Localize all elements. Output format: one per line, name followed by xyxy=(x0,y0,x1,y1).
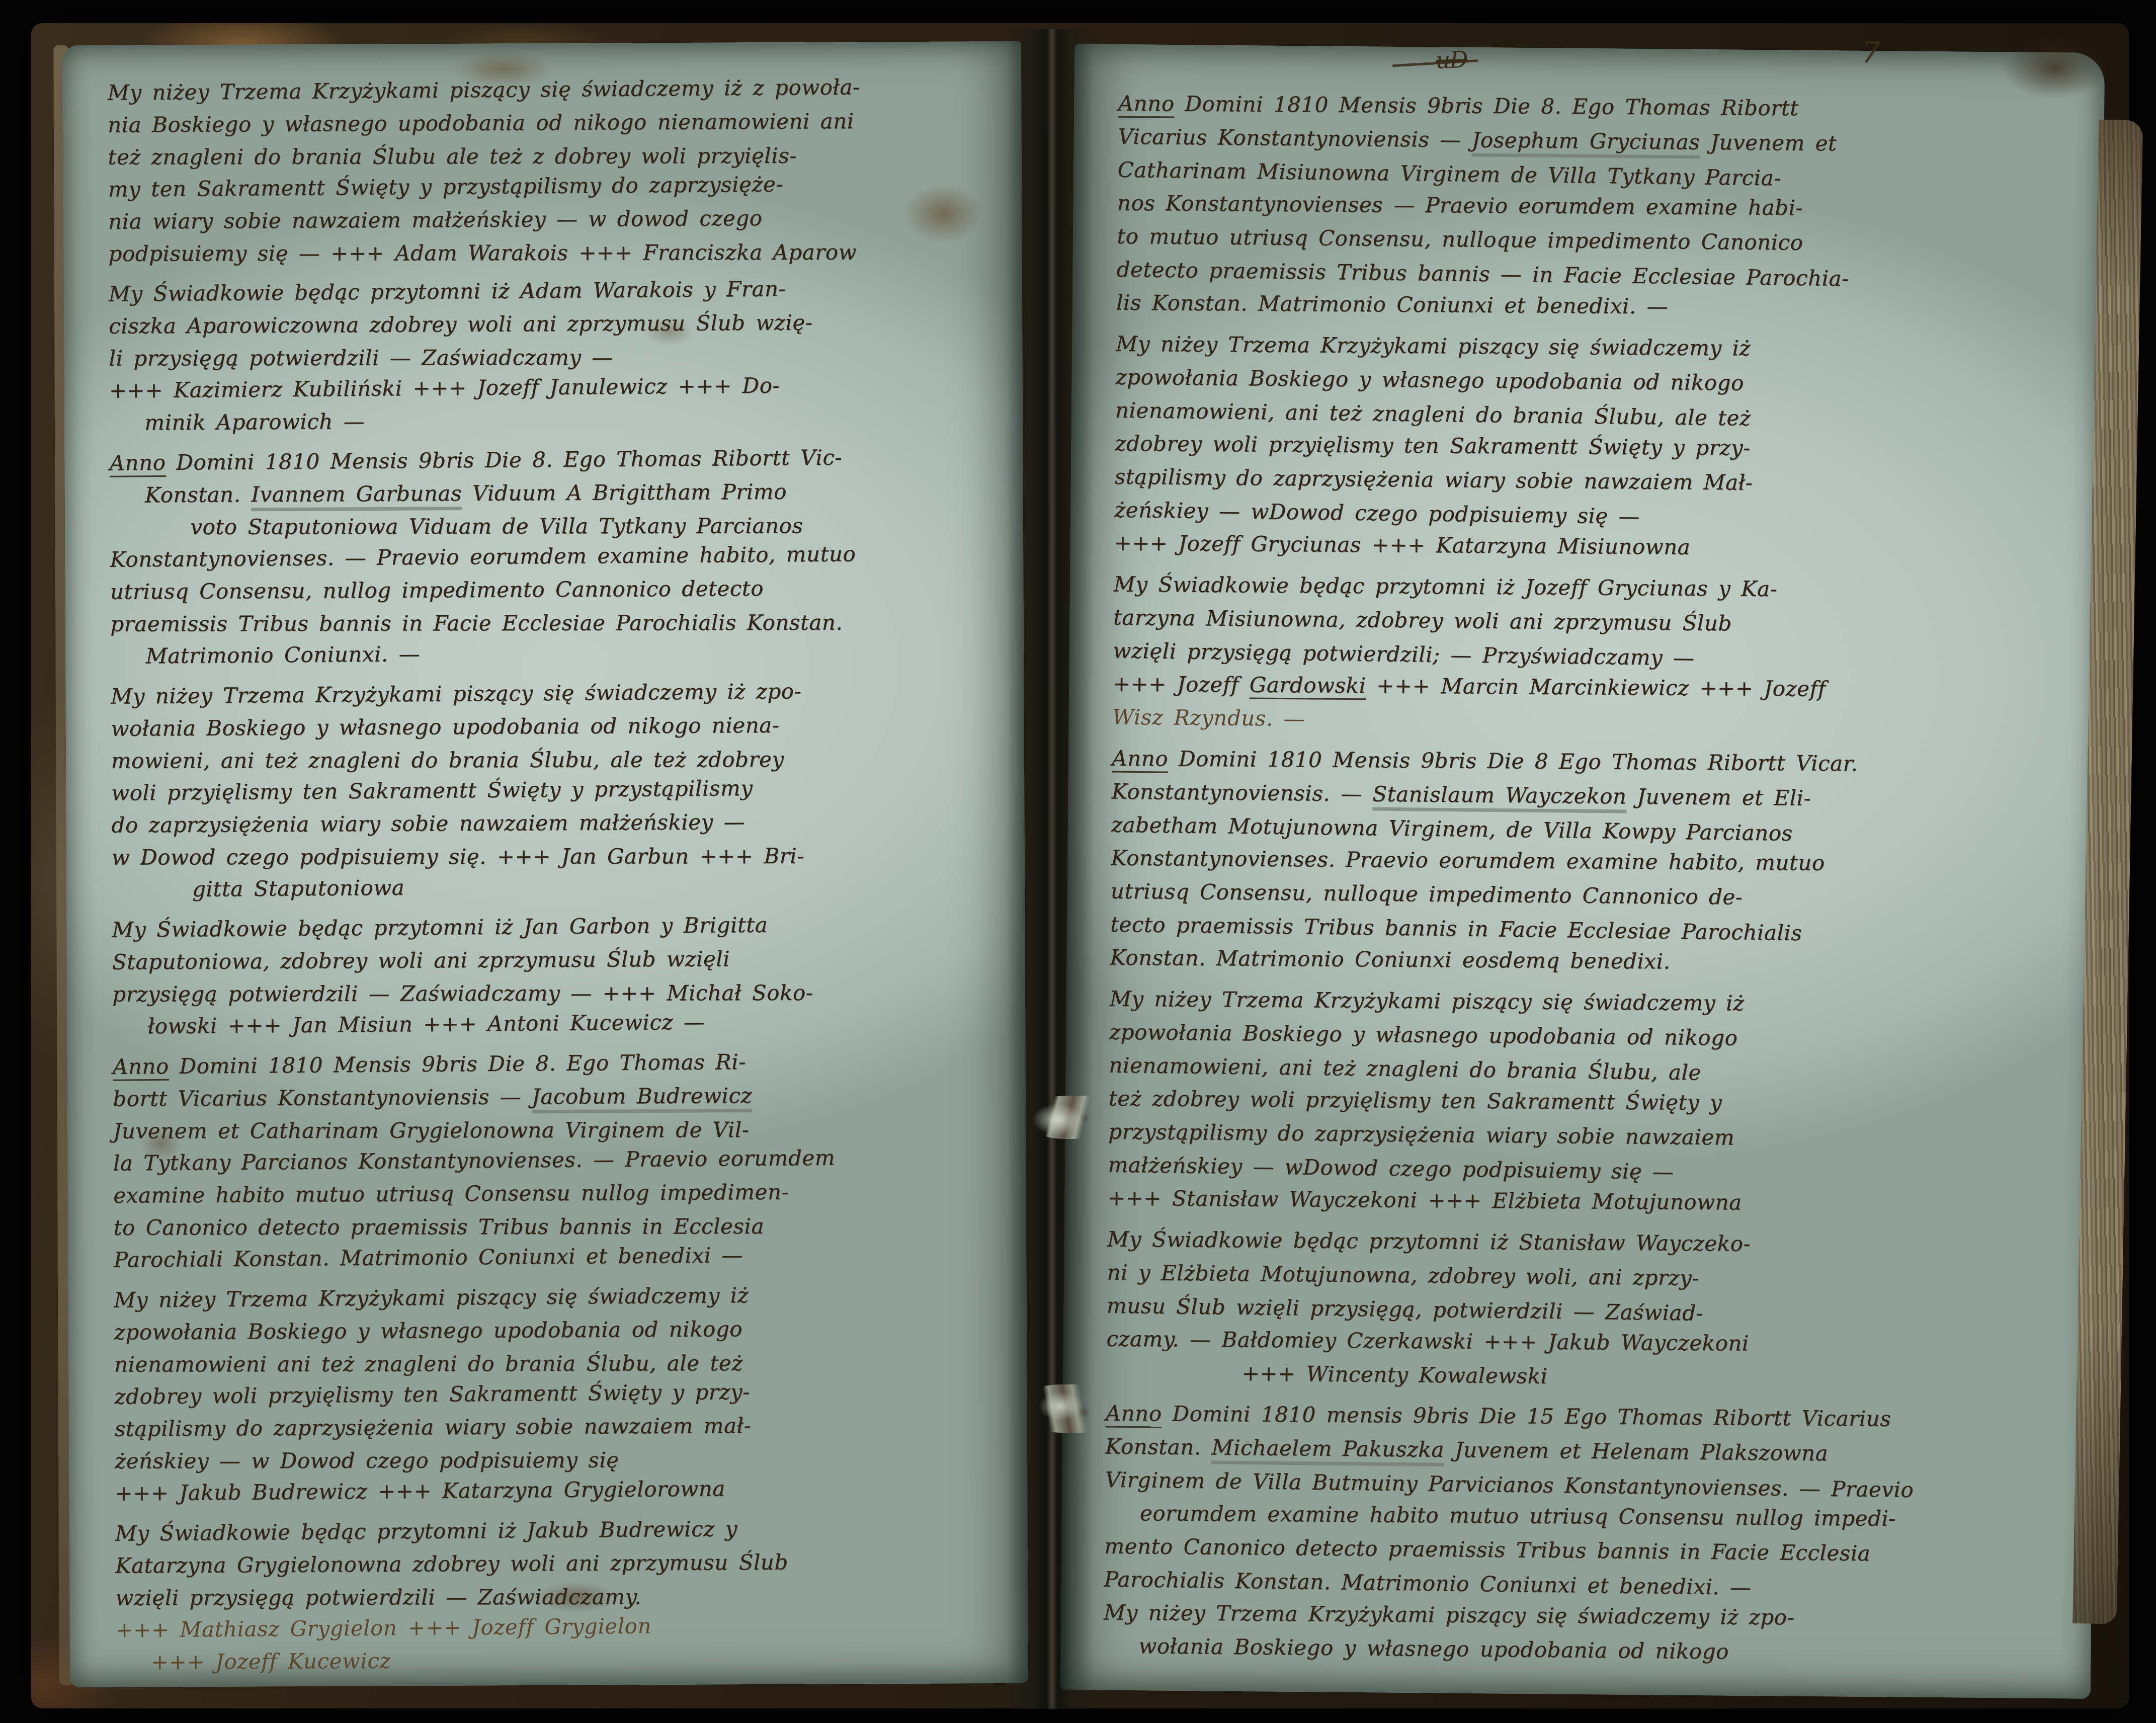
manuscript-line: zpowołania Boskiego y własnego upodobani… xyxy=(114,1311,1025,1348)
manuscript-line: My Świadkowie będąc przytomni iż Jan Gar… xyxy=(112,907,1022,946)
manuscript-line: wołania Boskiego y własnego upodobania o… xyxy=(111,708,1021,745)
manuscript-line: bortt Vicarius Konstantynoviensis — Jaco… xyxy=(113,1078,1023,1115)
ink-underlined-text: Anno xyxy=(109,450,165,477)
manuscript-line: +++ Jozeff Gardowski +++ Marcin Marcinki… xyxy=(1113,668,2099,708)
register-entry: My niżey Trzema Krzyżykami piszący się ś… xyxy=(108,72,1019,270)
manuscript-line: My niżey Trzema Krzyżykami piszący się ś… xyxy=(1104,1596,2090,1636)
manuscript-line: My Świadkowie będąc przytomni iż Adam Wa… xyxy=(109,271,1019,310)
manuscript-line: lis Konstan. Matrimonio Coniunxi et bene… xyxy=(1116,286,2102,326)
manuscript-line: nos Konstantynovienses — Praevio eorumde… xyxy=(1117,187,2103,227)
manuscript-line: nia Boskiego y własnego upodobania od ni… xyxy=(108,104,1018,141)
ink-underlined-text: Anno xyxy=(1106,1401,1162,1428)
register-entry: My Świadkowie będąc przytomni iż Stanisł… xyxy=(1106,1223,2093,1399)
manuscript-line: utriusq Consensu, nullog impedimento Can… xyxy=(110,571,1021,608)
register-entry: My niżey Trzema Krzyżykami piszący się ś… xyxy=(1114,327,2102,569)
register-entry: Anno Domini 1810 Mensis 9bris Die 8 Ego … xyxy=(1110,742,2098,984)
manuscript-line: ciszka Aparowiczowna zdobrey woli ani zp… xyxy=(109,305,1019,342)
manuscript-line: minik Aparowich — xyxy=(144,402,1020,439)
manuscript-line: stąpilismy do zaprzysiężenia wiary sobie… xyxy=(115,1408,1025,1445)
manuscript-line: My niżey Trzema Krzyżykami piszący się ś… xyxy=(114,1277,1024,1317)
register-entry: My niżey Trzema Krzyżykami piszący się ś… xyxy=(114,1279,1025,1509)
manuscript-line: też zdobrey woli przyięlismy ten Sakrame… xyxy=(1109,1082,2095,1122)
manuscript-line: Konstantynovienses. — Praevio eorumdem e… xyxy=(110,537,1020,576)
register-entry: My niżey Trzema Krzyżykami piszący się ś… xyxy=(111,676,1022,906)
manuscript-line: My niżey Trzema Krzyżykami piszący się ś… xyxy=(1110,982,2096,1023)
manuscript-line: My niżey Trzema Krzyżykami piszący się ś… xyxy=(108,70,1018,109)
manuscript-line: Anno Domini 1810 mensis 9bris Die 15 Ego… xyxy=(1106,1397,2092,1437)
register-entry: Anno Domini 1810 Mensis 9bris Die 8. Ego… xyxy=(113,1046,1024,1276)
manuscript-line: Anno Domini 1810 Mensis 9bris Die 8. Ego… xyxy=(1118,87,2104,127)
manuscript-line: Matrimonio Coniunxi. — xyxy=(145,633,1021,672)
register-entry: Anno Domini 1810 Mensis 9bris Die 8. Ego… xyxy=(1116,87,2104,329)
pencil-underlined-name: Ivannem Garbunas xyxy=(251,481,462,511)
right-page-manuscript-text: Anno Domini 1810 Mensis 9bris Die 8. Ego… xyxy=(1103,87,2104,1680)
crossed-out-mark: uD xyxy=(1422,45,1480,74)
manuscript-line: My Świadkowie będąc przytomni iż Jakub B… xyxy=(115,1511,1026,1550)
manuscript-line: łowski +++ Jan Misiun +++ Antoni Kucewic… xyxy=(147,1004,1023,1042)
pencil-underlined-name: Michaelem Pakuszka xyxy=(1211,1435,1444,1466)
manuscript-line: Anno Domini 1810 Mensis 9bris Die 8. Ego… xyxy=(113,1044,1023,1083)
manuscript-line: +++ Jakub Budrewicz +++ Katarzyna Grygie… xyxy=(115,1470,1025,1510)
manuscript-line: czamy. — Bałdomiey Czerkawski +++ Jakub … xyxy=(1106,1323,2092,1363)
manuscript-line: My Świadkowie będąc przytomni iż Jozeff … xyxy=(1113,568,2099,608)
register-entry: My Świadkowie będąc przytomni iż Jozeff … xyxy=(1112,568,2100,744)
register-entry: My Świadkowie będąc przytomni iż Jan Gar… xyxy=(112,909,1023,1042)
page-number: 7 xyxy=(1860,35,1880,70)
manuscript-line: +++ Stanisław Wayczekoni +++ Elżbieta Mo… xyxy=(1108,1182,2094,1222)
manuscript-line: nia wiary sobie nawzaiem małżeńskiey — w… xyxy=(108,201,1019,237)
manuscript-line: +++ Mathiasz Grygielon +++ Jozeff Grygie… xyxy=(116,1607,1026,1647)
manuscript-line: woli przyięlismy ten Sakramentt Święty y… xyxy=(111,770,1022,809)
manuscript-line: Konstan. Ivannem Garbunas Viduum A Brigi… xyxy=(145,474,1020,511)
manuscript-line: zdobrey woli przyięlismy ten Sakramentt … xyxy=(114,1374,1025,1413)
register-entry: My Świadkowie będąc przytomni iż Adam Wa… xyxy=(109,273,1020,439)
manuscript-line: Wisz Rzyndus. — xyxy=(1112,701,2099,744)
manuscript-line: my ten Sakramentt Święty y przystąpilism… xyxy=(108,167,1019,206)
manuscript-line: gitta Staputoniowa xyxy=(192,867,1022,906)
manuscript-line: +++ Kazimierz Kubiliński +++ Jozeff Janu… xyxy=(109,368,1020,407)
manuscript-line: examine habito mutuo utriusq Consensu nu… xyxy=(113,1175,1024,1211)
manuscript-line: Anno Domini 1810 Mensis 9bris Die 8 Ego … xyxy=(1112,742,2098,782)
ink-underlined-text: Anno xyxy=(1118,91,1175,118)
manuscript-line: +++ Jozeff Kucewicz xyxy=(151,1642,1026,1678)
register-entry: My niżey Trzema Krzyżykami piszący się ś… xyxy=(1108,982,2096,1224)
manuscript-line: My niżey Trzema Krzyżykami piszący się ś… xyxy=(1116,327,2102,368)
manuscript-line: My niżey Trzema Krzyżykami piszący się ś… xyxy=(111,674,1021,713)
manuscript-line: eorumdem examine habito mutuo utriusq Co… xyxy=(1140,1497,2091,1537)
manuscript-line: Parochiali Konstan. Matrimonio Coniunxi … xyxy=(114,1237,1024,1276)
pencil-underlined-name: Jacobum Budrewicz xyxy=(532,1083,752,1113)
manuscript-line: wołania Boskiego y własnego upodobania o… xyxy=(1138,1629,2090,1672)
manuscript-line: zdobrey woli przyięlismy ten Sakramentt … xyxy=(1115,427,2101,467)
manuscript-line: Konstan. Matrimonio Coniunxi eosdemq ben… xyxy=(1110,941,2096,981)
pencil-underlined-name: Josephum Gryciunas xyxy=(1471,127,1700,158)
ink-underlined-text: Anno xyxy=(113,1054,169,1081)
manuscript-line: Anno Domini 1810 Mensis 9bris Die 8. Ego… xyxy=(109,440,1020,479)
ink-underlined-text: Anno xyxy=(1112,746,1168,773)
register-entry: My Świadkowie będąc przytomni iż Jakub B… xyxy=(115,1513,1027,1678)
manuscript-line: +++ Wincenty Kowalewski xyxy=(1241,1357,2092,1398)
manuscript-line: Katarzyna Grygielonowna zdobrey woli ani… xyxy=(115,1545,1026,1582)
manuscript-line: My Świadkowie będąc przytomni iż Stanisł… xyxy=(1107,1223,2093,1263)
manuscript-line: +++ Jozeff Gryciunas +++ Katarzyna Misiu… xyxy=(1114,527,2100,567)
left-page-manuscript-text: My niżey Trzema Krzyżykami piszący się ś… xyxy=(108,72,1027,1686)
manuscript-line: podpisuiemy się — +++ Adam Warakois +++ … xyxy=(108,236,1019,270)
manuscript-line: Staputoniowa, zdobrey woli ani zprzymusu… xyxy=(112,941,1023,978)
manuscript-line: Konstantynovienses. Praevio eorumdem exa… xyxy=(1111,842,2097,882)
manuscript-line: la Tytkany Parcianos Konstantynovienses.… xyxy=(113,1140,1024,1180)
ink-underlined-text: Gardowski xyxy=(1250,673,1366,700)
scanned-register-spread: My niżey Trzema Krzyżykami piszący się ś… xyxy=(0,0,2156,1723)
register-entry: Anno Domini 1810 Mensis 9bris Die 8. Ego… xyxy=(109,442,1021,672)
pencil-underlined-name: Stanislaum Wayczekon xyxy=(1372,782,1627,813)
register-entry: Anno Domini 1810 mensis 9bris Die 15 Ego… xyxy=(1103,1397,2092,1672)
manuscript-line: do zaprzysiężenia wiary sobie nawzaiem m… xyxy=(111,804,1022,841)
